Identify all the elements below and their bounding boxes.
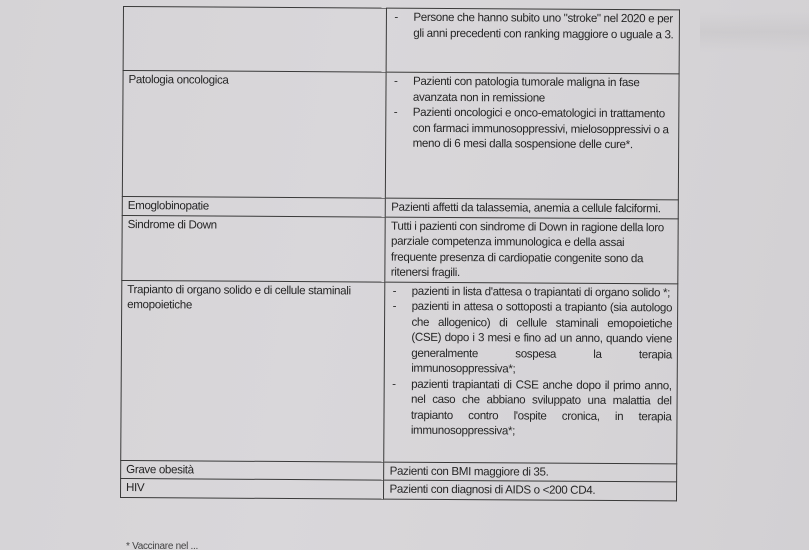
table-row: Sindrome di Down Tutti i pazienti con si…: [122, 215, 678, 283]
category-cell: Sindrome di Down: [122, 215, 386, 282]
description-cell: Pazienti affetti da talassemia, anemia a…: [386, 198, 679, 218]
list-item: pazienti in lista d'attesa o trapiantati…: [391, 283, 673, 300]
description-cell: Persone che hanno subito uno "stroke" ne…: [387, 8, 680, 74]
vulnerable-categories-table: Persone che hanno subito uno "stroke" ne…: [120, 6, 680, 501]
category-cell: HIV: [121, 478, 385, 498]
document-photo: Persone che hanno subito uno "stroke" ne…: [0, 0, 809, 550]
description-cell: Pazienti con BMI maggiore di 35.: [384, 462, 677, 482]
list-item: Pazienti oncologici e onco-ematologici i…: [392, 105, 674, 153]
category-cell: [123, 7, 387, 73]
list-item: Pazienti con patologia tumorale maligna …: [392, 74, 674, 107]
list-item: pazienti trapiantati di CSE anche dopo i…: [390, 376, 672, 440]
table-row: Persone che hanno subito uno "stroke" ne…: [123, 7, 679, 74]
table-row: Patologia oncologica Pazienti con patolo…: [122, 71, 679, 200]
category-cell: Grave obesità: [121, 460, 385, 480]
category-cell: Emoglobinopatie: [122, 196, 386, 216]
table-row: Trapianto di organo solido e di cellule …: [121, 280, 678, 463]
footnote: * Vaccinare nel ...: [126, 541, 198, 550]
list-item: pazienti in attesa o sottoposti a trapia…: [390, 299, 672, 378]
description-cell: Pazienti con diagnosi di AIDS o <200 CD4…: [384, 480, 677, 500]
table-row: HIV Pazienti con diagnosi di AIDS o <200…: [121, 478, 677, 500]
description-cell: Tutti i pazienti con sindrome di Down in…: [385, 217, 678, 284]
paper-fold-shadow: [700, 12, 809, 52]
list-item: Persone che hanno subito uno "stroke" ne…: [392, 10, 674, 43]
category-cell: Patologia oncologica: [122, 71, 386, 199]
description-cell: pazienti in lista d'attesa o trapiantati…: [384, 282, 678, 464]
category-cell: Trapianto di organo solido e di cellule …: [121, 280, 386, 462]
description-cell: Pazienti con patologia tumorale maligna …: [386, 72, 679, 200]
